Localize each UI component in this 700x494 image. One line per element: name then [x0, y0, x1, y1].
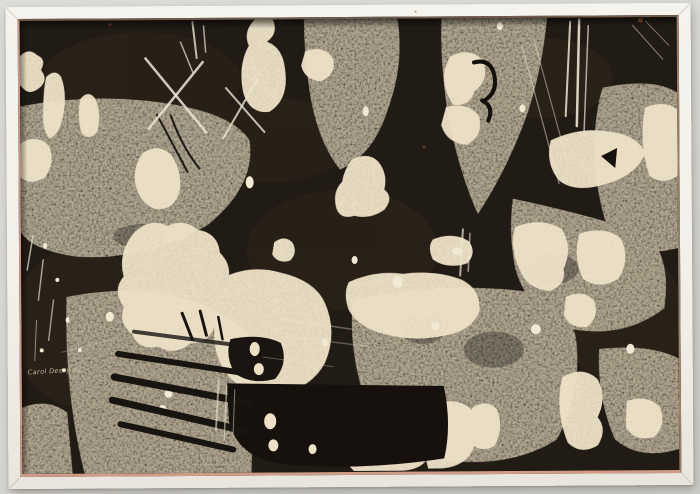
cream-blob [626, 398, 663, 438]
cream-blob [467, 403, 500, 449]
paint-dot [106, 312, 114, 322]
rust-speck [415, 11, 417, 13]
cream-blob [642, 104, 677, 181]
paint-dot [531, 324, 541, 334]
paint-dot [66, 317, 70, 323]
frame-miter-seam [6, 7, 19, 20]
cream-blob [272, 238, 295, 261]
rust-speck [423, 146, 426, 149]
paint-dot [309, 444, 317, 454]
wall-background: Carol Deery 62 [0, 0, 700, 494]
paint-dot [250, 342, 260, 356]
scene: { "painting": { "signature": "Carol Deer… [0, 0, 700, 494]
paint-dot [519, 104, 525, 112]
paint-dot [322, 339, 328, 347]
cream-blob [577, 230, 626, 285]
cream-blob [430, 236, 473, 266]
paint-dot [352, 256, 358, 264]
paint-dot [55, 278, 59, 282]
paint-dot [78, 348, 82, 352]
frame-miter-seam [678, 3, 691, 16]
frame-miter-seam [681, 472, 694, 485]
painting-canvas: Carol Deery 62 [18, 15, 682, 477]
frame-miter-seam [9, 476, 22, 489]
paint-dot [393, 276, 403, 288]
paint-dot [268, 439, 278, 451]
picture-frame: Carol Deery 62 [6, 3, 694, 489]
black-shape [227, 382, 449, 467]
paint-dot [40, 348, 44, 352]
paint-dot [43, 243, 47, 249]
paint-dot [246, 176, 254, 188]
paint-dot [254, 363, 264, 375]
abstract-painting: Carol Deery 62 [20, 17, 680, 474]
paint-dot [626, 344, 634, 354]
paint-dot [264, 413, 276, 429]
paint-dot [431, 322, 439, 330]
